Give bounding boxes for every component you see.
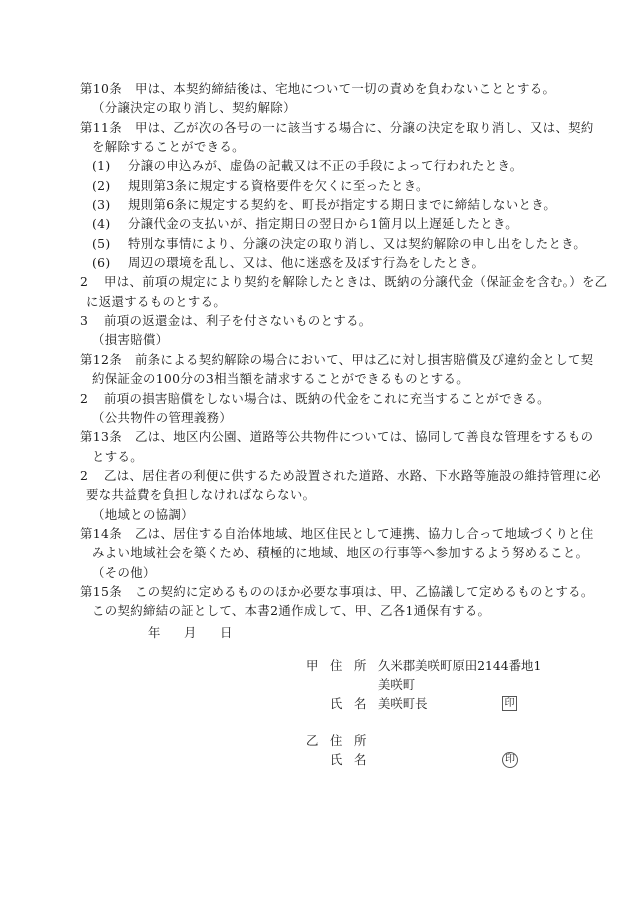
article-text: 乙は、居住する自治体地域、地区住民として連携、協力し合って地域づくりと住	[135, 526, 594, 541]
article-11-cont: を解除することができる。	[80, 137, 560, 156]
closing-statement: この契約締結の証として、本書2通作成して、甲、乙各1通保有する。	[80, 601, 560, 620]
paragraph-number: 2	[80, 466, 104, 485]
item-number: (1)	[92, 156, 128, 175]
paragraph-number: 3	[80, 311, 104, 330]
heading-cancellation: （分譲決定の取り消し、契約解除）	[80, 98, 560, 117]
article-text: 前条による契約解除の場合において、甲は乙に対し損害賠償及び違約金として契	[135, 352, 593, 367]
party-label: 甲	[306, 656, 330, 675]
article-12: 第12条前条による契約解除の場合において、甲は乙に対し損害賠償及び違約金として契	[80, 350, 560, 369]
party-b-signature: 乙住所 氏名 印	[306, 731, 378, 769]
party-b-name-row: 氏名 印	[306, 750, 378, 769]
item-text: 周辺の環境を乱し、又は、他に迷惑を及ぼす行為をしたとき。	[128, 255, 484, 270]
article-11: 第11条甲は、乙が次の各号の一に該当する場合に、分譲の決定を取り消し、又は、契約	[80, 118, 560, 137]
item-1: (1)分譲の申込みが、虚偽の記載又は不正の手段によって行われたとき。	[80, 156, 560, 175]
item-text: 分譲の申込みが、虚偽の記載又は不正の手段によって行われたとき。	[128, 158, 522, 173]
item-number: (6)	[92, 253, 128, 272]
date-year: 年	[148, 623, 184, 641]
item-5: (5)特別な事情により、分譲の決定の取り消し、又は契約解除の申し出をしたとき。	[80, 234, 560, 253]
article-12-cont: 約保証金の100分の3相当額を請求することができるものとする。	[80, 369, 560, 388]
party-label: 乙	[306, 731, 330, 750]
date-month: 月	[184, 623, 220, 641]
paragraph-number: 2	[80, 389, 104, 408]
item-number: (5)	[92, 234, 128, 253]
party-a-signature: 甲住所久米郡美咲町原田2144番地1 美咲町 氏名美咲町長 印	[306, 656, 541, 713]
item-number: (2)	[92, 176, 128, 195]
party-a-address-line2: 美咲町	[306, 675, 541, 694]
date-day: 日	[220, 623, 232, 641]
item-text: 特別な事情により、分譲の決定の取り消し、又は契約解除の申し出をしたとき。	[128, 236, 586, 251]
item-text: 分譲代金の支払いが、指定期日の翌日から1箇月以上遅延したとき。	[128, 216, 518, 231]
item-text: 規則第6条に規定する契約を、町長が指定する期日までに締結しないとき。	[128, 197, 556, 212]
seal-square-icon: 印	[502, 696, 517, 711]
paragraph-11-3: 3前項の返還金は、利子を付さないものとする。	[80, 311, 560, 330]
name-label: 氏	[330, 694, 354, 713]
party-a-name-row: 氏名美咲町長 印	[306, 694, 541, 713]
item-number: (3)	[92, 195, 128, 214]
address-label: 住	[330, 656, 354, 675]
paragraph-11-2-cont: に返還するものとする。	[80, 292, 560, 311]
article-14-cont: みよい地域社会を築くため、積極的に地域、地区の行事等へ参加するよう努めること。	[80, 543, 560, 562]
article-label: 第12条	[80, 350, 135, 369]
heading-damages: （損害賠償）	[80, 330, 560, 349]
article-label: 第11条	[80, 118, 135, 137]
article-label: 第10条	[80, 79, 135, 98]
party-a-address-row: 甲住所久米郡美咲町原田2144番地1	[306, 656, 541, 675]
party-a-address: 久米郡美咲町原田2144番地1	[378, 658, 541, 673]
article-text: 甲は、本契約締結後は、宅地について一切の責めを負わないこととする。	[135, 81, 555, 96]
article-label: 第14条	[80, 524, 135, 543]
item-4: (4)分譲代金の支払いが、指定期日の翌日から1箇月以上遅延したとき。	[80, 214, 560, 233]
article-13-cont: とする。	[80, 447, 560, 466]
paragraph-text: 甲は、前項の規定により契約を解除したときは、既納の分譲代金（保証金を含む。）を乙	[104, 274, 607, 289]
article-10: 第10条甲は、本契約締結後は、宅地について一切の責めを負わないこととする。	[80, 79, 560, 98]
contract-date: 年月日	[148, 623, 232, 641]
item-2: (2)規則第3条に規定する資格要件を欠くに至ったとき。	[80, 176, 560, 195]
heading-public-property: （公共物件の管理義務）	[80, 408, 560, 427]
paragraph-13-2: 2乙は、居住者の利便に供するため設置された道路、水路、下水路等施設の維持管理に必	[80, 466, 560, 485]
item-text: 規則第3条に規定する資格要件を欠くに至ったとき。	[128, 178, 429, 193]
heading-community: （地域との協調）	[80, 505, 560, 524]
address-label: 所	[354, 656, 378, 675]
name-label: 氏	[330, 750, 354, 769]
paragraph-number: 2	[80, 272, 104, 291]
item-number: (4)	[92, 214, 128, 233]
heading-other: （その他）	[80, 563, 560, 582]
party-b-address-row: 乙住所	[306, 731, 378, 750]
article-13: 第13条乙は、地区内公園、道路等公共物件については、協同して善良な管理をするもの	[80, 427, 560, 446]
paragraph-11-2: 2甲は、前項の規定により契約を解除したときは、既納の分譲代金（保証金を含む。）を…	[80, 272, 560, 291]
item-6: (6)周辺の環境を乱し、又は、他に迷惑を及ぼす行為をしたとき。	[80, 253, 560, 272]
paragraph-text: 前項の損害賠償をしない場合は、既納の代金をこれに充当することができる。	[104, 391, 550, 406]
article-14: 第14条乙は、居住する自治体地域、地区住民として連携、協力し合って地域づくりと住	[80, 524, 560, 543]
contract-body: 第10条甲は、本契約締結後は、宅地について一切の責めを負わないこととする。 （分…	[80, 79, 560, 621]
party-a-name: 美咲町長	[378, 696, 428, 711]
name-label: 名	[354, 750, 378, 769]
address-label: 住	[330, 731, 354, 750]
seal-circle-icon: 印	[502, 752, 518, 768]
paragraph-text: 乙は、居住者の利便に供するため設置された道路、水路、下水路等施設の維持管理に必	[104, 468, 601, 483]
article-label: 第15条	[80, 582, 135, 601]
address-label: 所	[354, 731, 378, 750]
article-text: この契約に定めるもののほか必要な事項は、甲、乙協議して定めるものとする。	[135, 584, 594, 599]
article-text: 乙は、地区内公園、道路等公共物件については、協同して善良な管理をするもの	[135, 429, 593, 444]
paragraph-text: 前項の返還金は、利子を付さないものとする。	[104, 313, 372, 328]
paragraph-13-2-cont: 要な共益費を負担しなければならない。	[80, 485, 560, 504]
item-3: (3)規則第6条に規定する契約を、町長が指定する期日までに締結しないとき。	[80, 195, 560, 214]
article-15: 第15条この契約に定めるもののほか必要な事項は、甲、乙協議して定めるものとする。	[80, 582, 560, 601]
article-text: 甲は、乙が次の各号の一に該当する場合に、分譲の決定を取り消し、又は、契約	[135, 120, 594, 135]
name-label: 名	[354, 694, 378, 713]
article-label: 第13条	[80, 427, 135, 446]
paragraph-12-2: 2前項の損害賠償をしない場合は、既納の代金をこれに充当することができる。	[80, 389, 560, 408]
contract-page: 第10条甲は、本契約締結後は、宅地について一切の責めを負わないこととする。 （分…	[0, 0, 630, 903]
